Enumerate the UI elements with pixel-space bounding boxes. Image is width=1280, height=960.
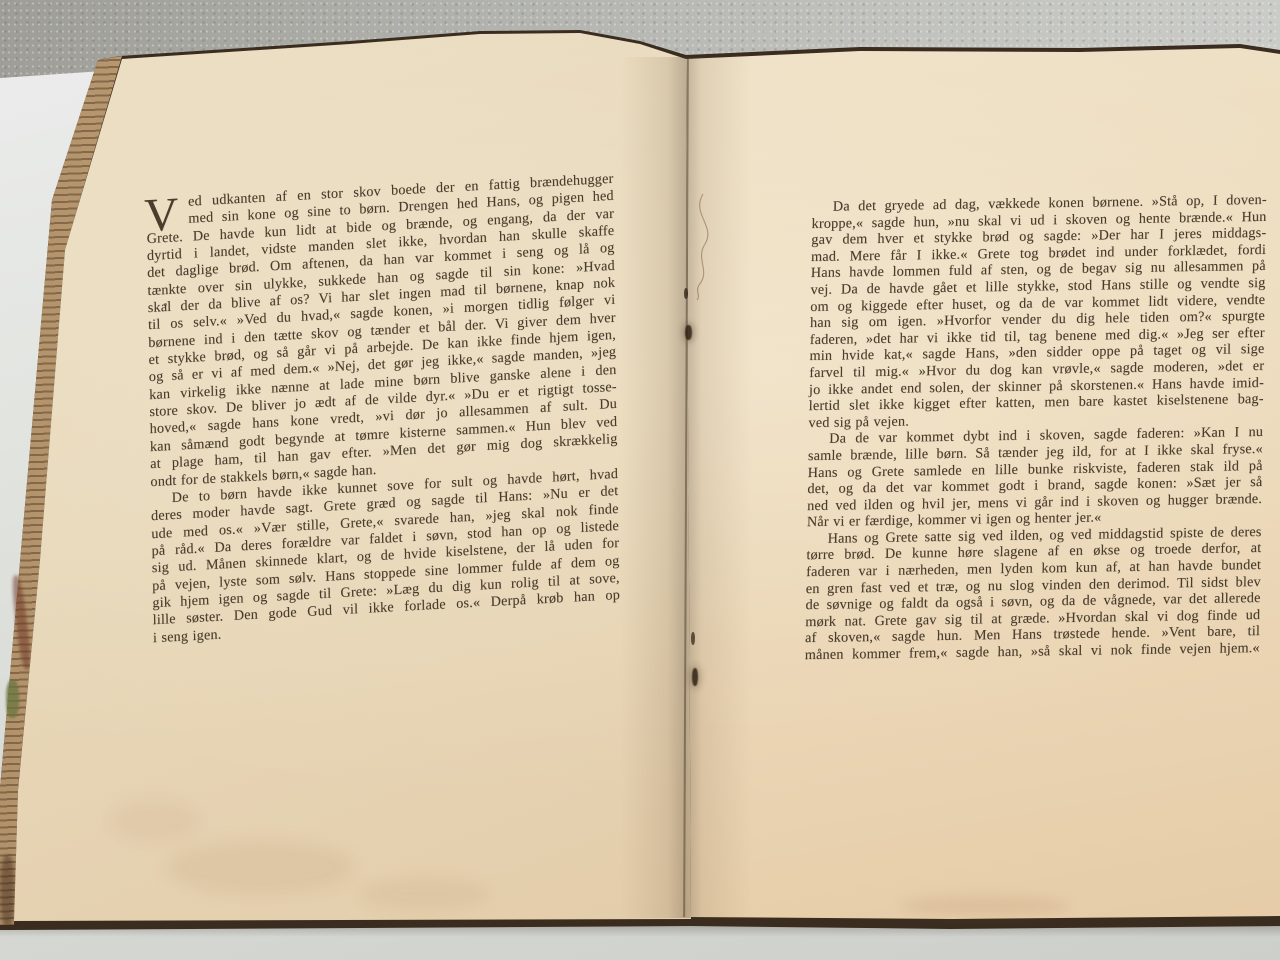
right-page-lines: Da det gryede ad dag, vækkede konen børn… (805, 192, 1267, 664)
left-page-lines: ed udkanten af en stor skov boede der en… (146, 171, 620, 648)
ink-speck (691, 632, 695, 645)
edge-dark-wear (0, 855, 15, 927)
left-page-text: V ed udkanten af en stor skov boede der … (146, 171, 620, 648)
paper-stain (900, 895, 1070, 917)
ink-speck (685, 325, 692, 340)
right-page-text: Da det gryede ad dag, vækkede konen børn… (805, 192, 1267, 664)
ink-speck (164, 303, 167, 306)
book-photo-scene: V ed udkanten af en stor skov boede der … (0, 0, 1280, 960)
ink-speck (692, 668, 698, 686)
drop-cap-letter: V (144, 194, 179, 236)
paper-stain (165, 840, 355, 895)
hair-fiber (686, 192, 718, 302)
paper-stain (360, 878, 490, 910)
paper-stain (110, 800, 200, 842)
cover-green-sliver (6, 680, 19, 718)
